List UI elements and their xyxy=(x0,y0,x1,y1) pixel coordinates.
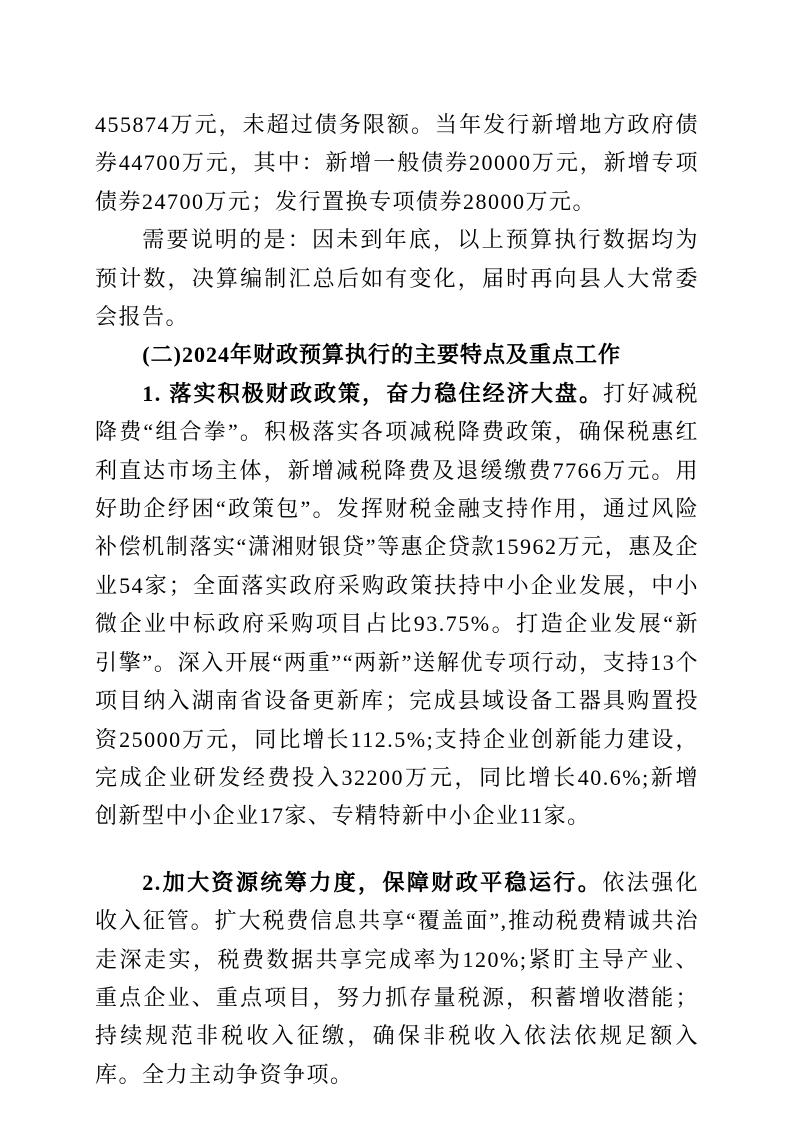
paragraph-text: 需要说明的是：因未到年底，以上预算执行数据均为预计数，决算编制汇总后如有变化，届… xyxy=(95,227,699,329)
paragraph-debt-continuation: 455874万元，未超过债务限额。当年发行新增地方政府债券44700万元，其中：… xyxy=(95,106,699,221)
item-2-body-text: 依法强化收入征管。扩大税费信息共享“覆盖面”,推动税费精诚共治走深走实，税费数据… xyxy=(95,870,699,1087)
paragraph-explanatory-note: 需要说明的是：因未到年底，以上预算执行数据均为预计数，决算编制汇总后如有变化，届… xyxy=(95,221,699,336)
item-1-body-text: 打好减税降费“组合拳”。积极落实各项减税降费政策，确保税惠红利直达市场主体，新增… xyxy=(95,381,699,828)
item-1-lead-sentence: 1. 落实积极财政政策，奋力稳住经济大盘。 xyxy=(142,381,603,406)
document-page-body: 455874万元，未超过债务限额。当年发行新增地方政府债券44700万元，其中：… xyxy=(95,106,699,1094)
paragraph-item-2-resource-coordination: 2.加大资源统筹力度，保障财政平稳运行。依法强化收入征管。扩大税费信息共享“覆盖… xyxy=(95,864,699,1094)
paragraph-item-1-fiscal-policy: 1. 落实积极财政政策，奋力稳住经济大盘。打好减税降费“组合拳”。积极落实各项减… xyxy=(95,375,699,836)
paragraph-text: 455874万元，未超过债务限额。当年发行新增地方政府债券44700万元，其中：… xyxy=(95,112,699,214)
section-heading-text: (二)2024年财政预算执行的主要特点及重点工作 xyxy=(142,342,621,367)
section-heading-2024-budget-execution: (二)2024年财政预算执行的主要特点及重点工作 xyxy=(95,336,699,374)
item-2-lead-sentence: 2.加大资源统筹力度，保障财政平稳运行。 xyxy=(142,870,602,895)
